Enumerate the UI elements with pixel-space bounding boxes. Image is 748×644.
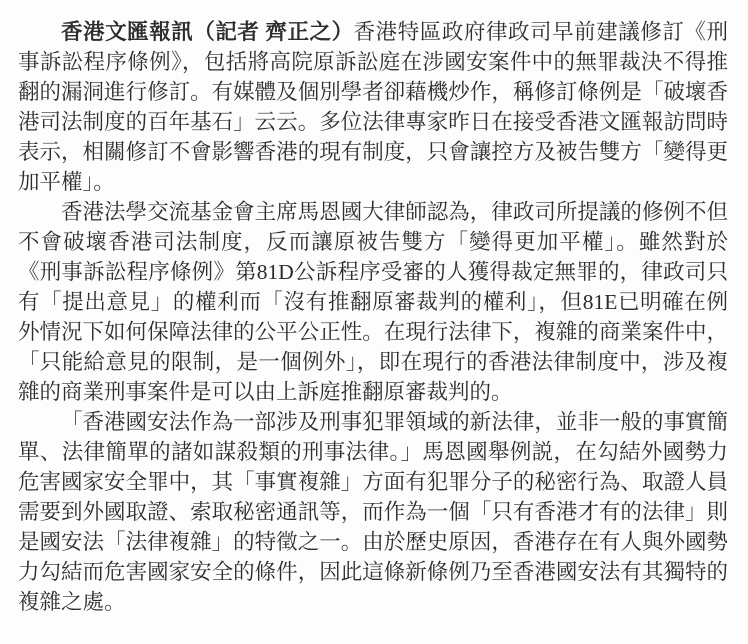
article-paragraph-1: 香港文匯報訊（記者 齊正之）香港特區政府律政司早前建議修訂《刑事訴訟程序條例》，… xyxy=(18,17,728,197)
article-paragraph-2: 香港法學交流基金會主席馬恩國大律師認為，律政司所提議的修例不但不會破壞香港司法制… xyxy=(18,197,728,407)
article-body: 香港文匯報訊（記者 齊正之）香港特區政府律政司早前建議修訂《刑事訴訟程序條例》，… xyxy=(18,17,728,617)
document-page: 香港文匯報訊（記者 齊正之）香港特區政府律政司早前建議修訂《刑事訴訟程序條例》，… xyxy=(0,0,748,644)
paragraph-text: 「香港國安法作為一部涉及刑事犯罪領域的新法律，並非一般的事實簡單、法律簡單的諸如… xyxy=(18,410,728,614)
dateline-reporter-credit: 香港文匯報訊（記者 齊正之） xyxy=(61,20,354,44)
paragraph-text: 香港特區政府律政司早前建議修訂《刑事訴訟程序條例》，包括將高院原訴訟庭在涉國安案… xyxy=(18,20,728,194)
article-paragraph-3: 「香港國安法作為一部涉及刑事犯罪領域的新法律，並非一般的事實簡單、法律簡單的諸如… xyxy=(18,407,728,617)
paragraph-text: 香港法學交流基金會主席馬恩國大律師認為，律政司所提議的修例不但不會破壞香港司法制… xyxy=(18,200,728,404)
